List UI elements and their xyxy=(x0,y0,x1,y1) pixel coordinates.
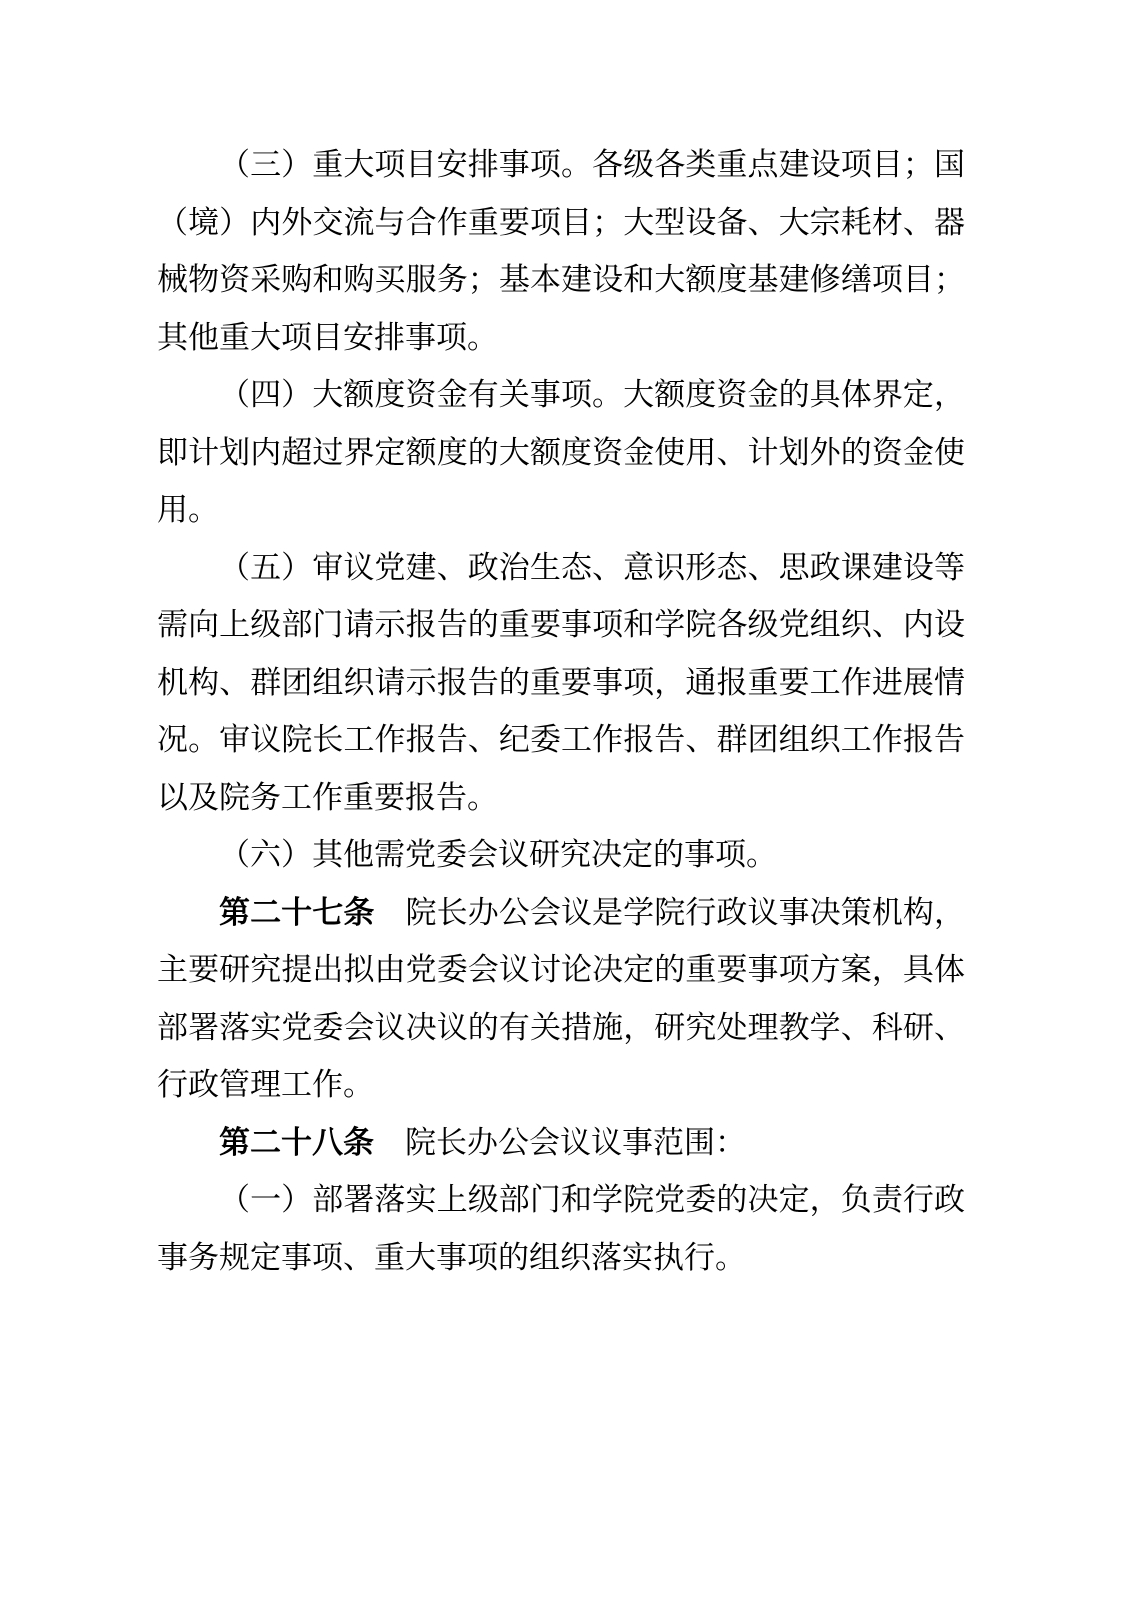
text-line: 以及院务工作重要报告。 xyxy=(157,769,965,827)
text-segment: 主要研究提出拟由党委会议讨论决定的重要事项方案，具体 xyxy=(157,952,965,987)
text-segment: 机构、群团组织请示报告的重要事项，通报重要工作进展情 xyxy=(157,665,965,700)
text-line: （境）内外交流与合作重要项目；大型设备、大宗耗材、器 xyxy=(157,194,965,252)
text-segment: （一）部署落实上级部门和学院党委的决定，负责行政 xyxy=(219,1182,965,1217)
text-segment: 事务规定事项、重大事项的组织落实执行。 xyxy=(157,1240,746,1275)
text-line: （五）审议党建、政治生态、意识形态、思政课建设等 xyxy=(157,539,965,597)
text-segment: 用。 xyxy=(157,492,219,527)
text-segment: 需向上级部门请示报告的重要事项和学院各级党组织、内设 xyxy=(157,607,965,642)
article-number: 第二十七条 xyxy=(219,895,374,930)
text-line: （一）部署落实上级部门和学院党委的决定，负责行政 xyxy=(157,1171,965,1229)
text-segment: （五）审议党建、政治生态、意识形态、思政课建设等 xyxy=(219,550,965,585)
text-segment: 院长办公会议是学院行政议事决策机构， xyxy=(374,895,965,930)
document-page: （三）重大项目安排事项。各级各类重点建设项目；国（境）内外交流与合作重要项目；大… xyxy=(0,0,1131,1600)
text-segment: （六）其他需党委会议研究决定的事项。 xyxy=(219,837,777,872)
text-line: 即计划内超过界定额度的大额度资金使用、计划外的资金使 xyxy=(157,424,965,482)
text-line: 第二十七条 院长办公会议是学院行政议事决策机构， xyxy=(157,884,965,942)
article-number: 第二十八条 xyxy=(219,1125,374,1160)
text-segment: 部署落实党委会议决议的有关措施，研究处理教学、科研、 xyxy=(157,1010,965,1045)
document-body: （三）重大项目安排事项。各级各类重点建设项目；国（境）内外交流与合作重要项目；大… xyxy=(157,136,965,1286)
text-segment: （三）重大项目安排事项。各级各类重点建设项目；国 xyxy=(219,147,965,182)
text-segment: 况。审议院长工作报告、纪委工作报告、群团组织工作报告 xyxy=(157,722,965,757)
text-line: 主要研究提出拟由党委会议讨论决定的重要事项方案，具体 xyxy=(157,941,965,999)
text-line: 械物资采购和购买服务；基本建设和大额度基建修缮项目； xyxy=(157,251,965,309)
text-segment: 院长办公会议议事范围： xyxy=(374,1125,746,1160)
text-line: 用。 xyxy=(157,481,965,539)
text-line: （四）大额度资金有关事项。大额度资金的具体界定， xyxy=(157,366,965,424)
text-segment: （四）大额度资金有关事项。大额度资金的具体界定， xyxy=(219,377,965,412)
text-line: 部署落实党委会议决议的有关措施，研究处理教学、科研、 xyxy=(157,999,965,1057)
text-line: 第二十八条 院长办公会议议事范围： xyxy=(157,1114,965,1172)
text-line: 事务规定事项、重大事项的组织落实执行。 xyxy=(157,1229,965,1287)
text-line: 况。审议院长工作报告、纪委工作报告、群团组织工作报告 xyxy=(157,711,965,769)
text-segment: 以及院务工作重要报告。 xyxy=(157,780,498,815)
text-line: （三）重大项目安排事项。各级各类重点建设项目；国 xyxy=(157,136,965,194)
text-line: 其他重大项目安排事项。 xyxy=(157,309,965,367)
text-line: 需向上级部门请示报告的重要事项和学院各级党组织、内设 xyxy=(157,596,965,654)
text-line: 机构、群团组织请示报告的重要事项，通报重要工作进展情 xyxy=(157,654,965,712)
text-segment: 械物资采购和购买服务；基本建设和大额度基建修缮项目； xyxy=(157,262,965,297)
text-segment: （境）内外交流与合作重要项目；大型设备、大宗耗材、器 xyxy=(157,205,965,240)
text-line: 行政管理工作。 xyxy=(157,1056,965,1114)
text-line: （六）其他需党委会议研究决定的事项。 xyxy=(157,826,965,884)
text-segment: 行政管理工作。 xyxy=(157,1067,374,1102)
text-segment: 即计划内超过界定额度的大额度资金使用、计划外的资金使 xyxy=(157,435,965,470)
text-segment: 其他重大项目安排事项。 xyxy=(157,320,498,355)
